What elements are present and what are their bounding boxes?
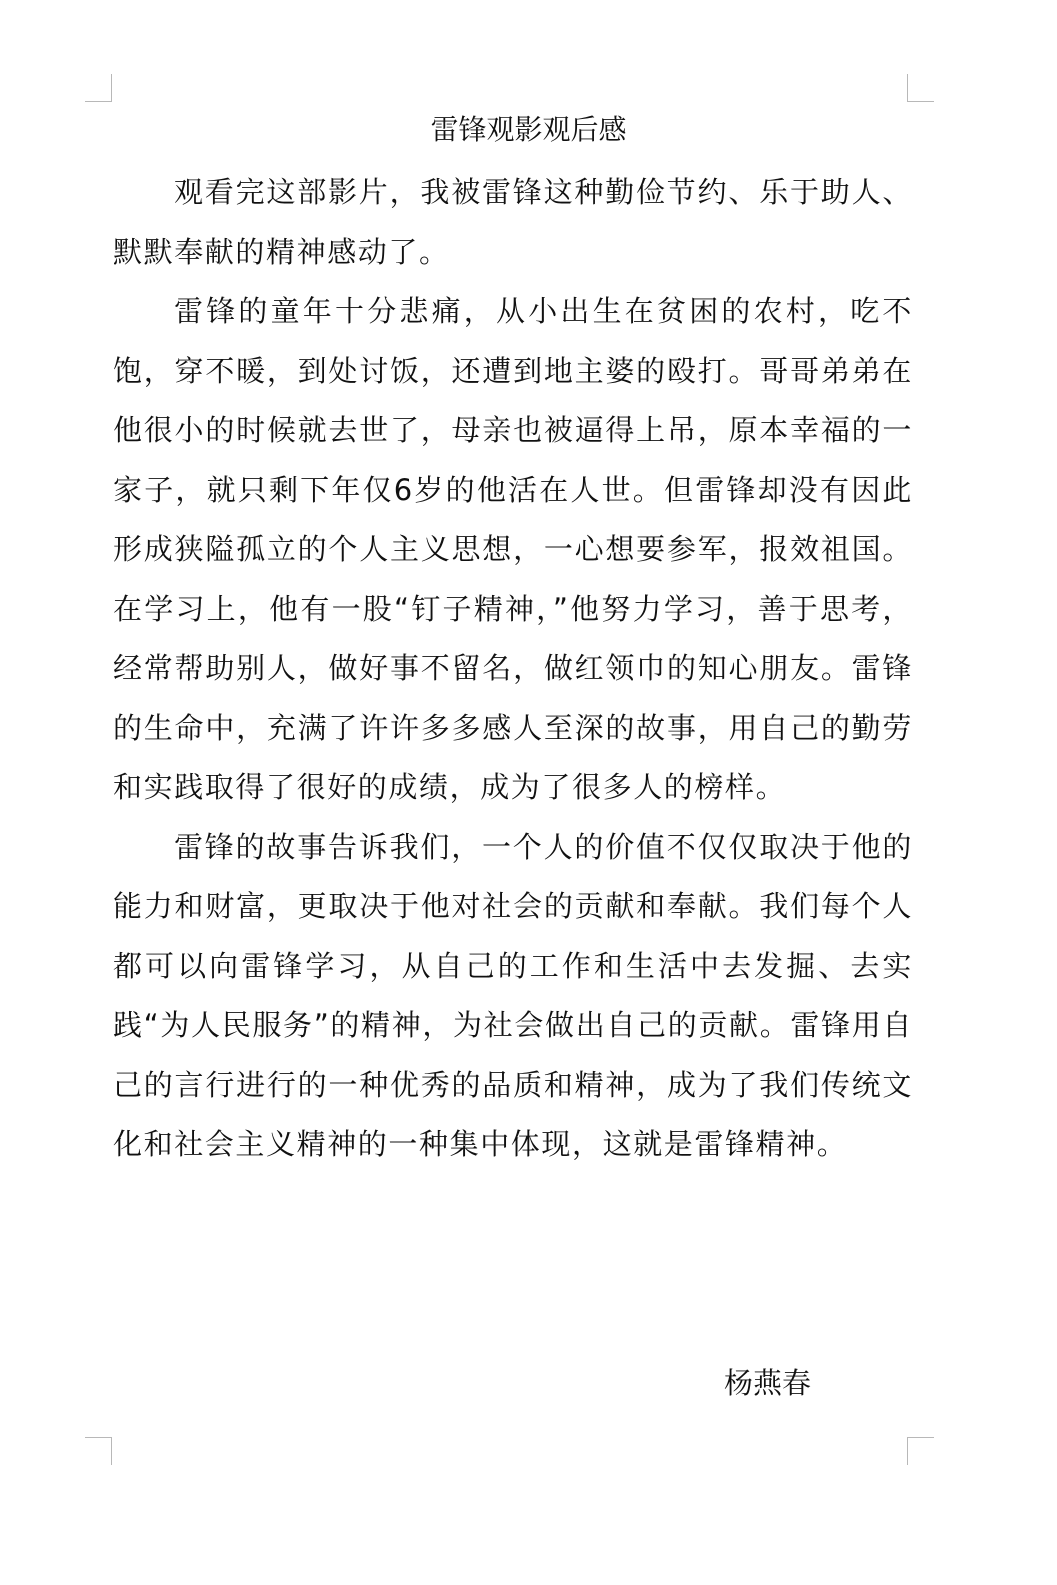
paragraph-1: 观看完这部影片，我被雷锋这种勤俭节约、乐于助人、默默奉献的精神感动了。 (113, 163, 913, 282)
author-signature: 杨燕春 (724, 1363, 811, 1403)
margin-corner-bottom-right (907, 1437, 934, 1465)
margin-corner-top-right (907, 74, 934, 102)
document-title: 雷锋观影观后感 (0, 110, 1057, 150)
margin-corner-bottom-left (85, 1437, 112, 1465)
margin-corner-top-left (85, 74, 112, 102)
document-body: 观看完这部影片，我被雷锋这种勤俭节约、乐于助人、默默奉献的精神感动了。 雷锋的童… (113, 163, 913, 1175)
paragraph-3: 雷锋的故事告诉我们，一个人的价值不仅仅取决于他的能力和财富，更取决于他对社会的贡… (113, 818, 913, 1175)
paragraph-2: 雷锋的童年十分悲痛，从小出生在贫困的农村，吃不饱，穿不暖，到处讨饭，还遭到地主婆… (113, 282, 913, 818)
